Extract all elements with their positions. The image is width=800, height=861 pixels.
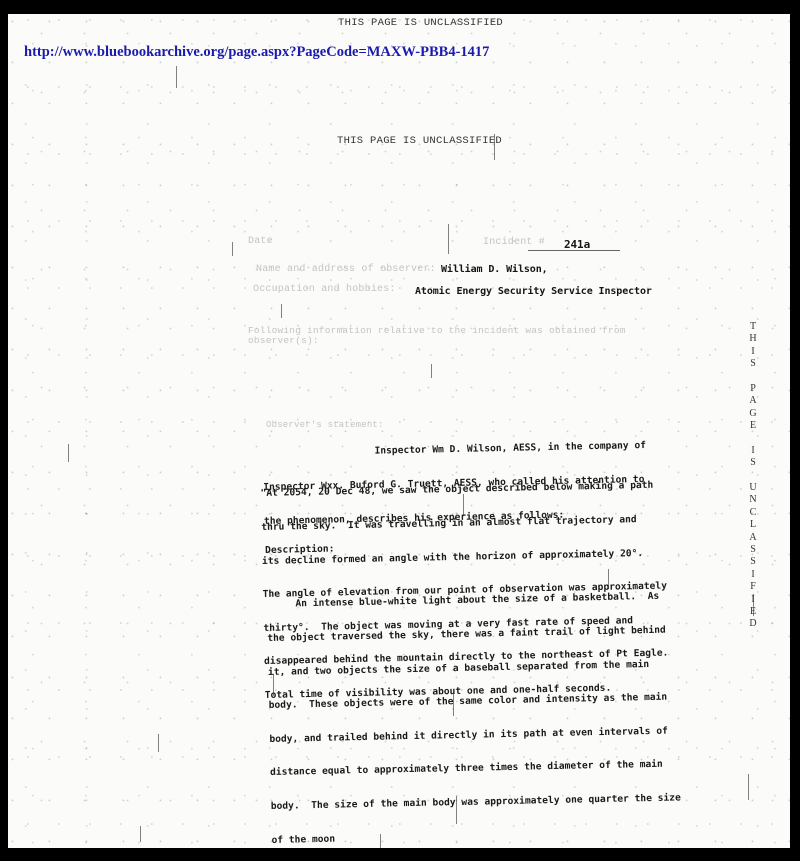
side-stamp-letter: [745, 433, 761, 445]
incident-label: Incident #: [483, 237, 545, 248]
observer-occupation: Atomic Energy Security Service Inspector: [415, 286, 652, 297]
scan-scratch: [448, 224, 449, 254]
side-stamp-letter: S: [745, 556, 761, 568]
scan-scratch: [281, 304, 282, 318]
description-line: body. These objects were of the same col…: [269, 692, 659, 711]
side-stamp-letter: I: [745, 346, 761, 358]
scan-scratch: [431, 364, 432, 378]
description-line: body, and trailed behind it directly in …: [269, 726, 659, 745]
side-stamp-letter: D: [745, 618, 761, 630]
side-stamp-letter: L: [745, 519, 761, 531]
statement-line: thru the sky. It was travelling in an al…: [261, 514, 651, 533]
side-stamp-letter: N: [745, 494, 761, 506]
observer-name-label: Name and address of observer:: [256, 264, 436, 275]
side-stamp-letter: S: [745, 358, 761, 370]
observer-name: William D. Wilson,: [441, 264, 548, 275]
intro-line: Inspector Wm D. Wilson, AESS, in the com…: [262, 440, 652, 459]
side-stamp-letter: S: [745, 457, 761, 469]
side-stamp-letter: T: [745, 321, 761, 333]
archive-url-link[interactable]: http://www.bluebookarchive.org/page.aspx…: [24, 44, 489, 61]
side-stamp-letter: I: [745, 594, 761, 606]
side-stamp-letter: [745, 371, 761, 383]
description-line: of the moon: [271, 826, 661, 845]
classification-banner-mid: THIS PAGE IS UNCLASSIFIED: [337, 135, 502, 147]
side-stamp-letter: I: [745, 445, 761, 457]
incident-number: 241a: [564, 238, 590, 251]
date-label: Date: [248, 236, 273, 247]
scanned-document-page: THIS PAGE IS UNCLASSIFIED http://www.blu…: [8, 14, 790, 848]
description-line: it, and two objects the size of a baseba…: [268, 658, 658, 677]
side-stamp-letter: G: [745, 408, 761, 420]
scan-scratch: [748, 774, 749, 800]
side-stamp-letter: P: [745, 383, 761, 395]
side-stamp-letter: S: [745, 544, 761, 556]
scan-scratch: [232, 242, 233, 256]
info-label-line-2: observer(s):: [248, 335, 319, 346]
scan-scratch: [68, 444, 69, 462]
scan-scratch: [176, 66, 177, 88]
side-stamp-letter: [745, 470, 761, 482]
side-stamp-letter: E: [745, 606, 761, 618]
description-line: distance equal to approximately three ti…: [270, 759, 660, 778]
side-stamp-letter: F: [745, 581, 761, 593]
side-classification-stamp: THIS PAGE IS UNCLASSIFIED: [745, 321, 761, 631]
statement-line: "At 2054, 20 Dec 48, we saw the object d…: [260, 480, 650, 499]
side-stamp-letter: C: [745, 507, 761, 519]
description-line: An intense blue-white light about the si…: [266, 591, 656, 610]
description-line: body. The size of the main body was appr…: [271, 793, 661, 812]
side-stamp-letter: I: [745, 569, 761, 581]
description-line: the object traversed the sky, there was …: [267, 625, 657, 644]
side-stamp-letter: A: [745, 395, 761, 407]
scan-scratch: [140, 826, 141, 842]
scan-scratch: [158, 734, 159, 752]
occupation-label: Occupation and hobbies:: [253, 284, 396, 295]
side-stamp-letter: E: [745, 420, 761, 432]
side-stamp-letter: A: [745, 532, 761, 544]
description-paragraph: An intense blue-white light about the si…: [266, 569, 662, 848]
classification-banner-top: THIS PAGE IS UNCLASSIFIED: [338, 17, 503, 29]
side-stamp-letter: H: [745, 333, 761, 345]
side-stamp-letter: U: [745, 482, 761, 494]
